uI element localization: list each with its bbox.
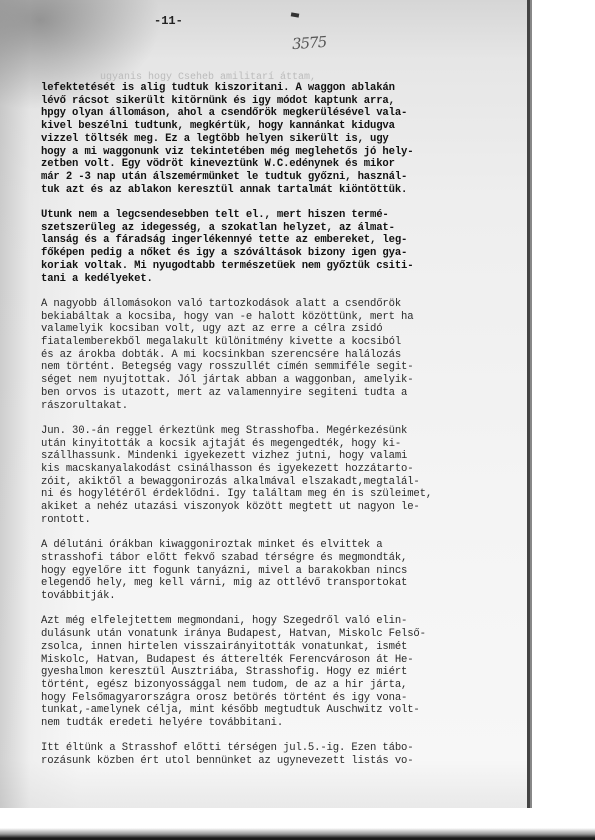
text-line: lévő rácsot sikerült kitörnünk és igy mó… <box>41 95 511 108</box>
text-line: rászorultakat. <box>41 400 511 413</box>
text-line: Azt még elfelejtettem megmondani, hogy S… <box>41 615 511 628</box>
text-line: nem történt. Betegség vagy rosszullét cí… <box>41 361 511 374</box>
text-line: történt, egész bizonyossággal nem tudom,… <box>41 679 511 692</box>
paragraph: Azt még elfelejtettem megmondani, hogy S… <box>41 615 511 729</box>
text-line: hogy egyelőre itt fogunk tanyázni, mivel… <box>41 565 511 578</box>
text-line: rontott. <box>41 514 511 527</box>
text-line: strasshofi tábor előtt fekvő szabad térs… <box>41 552 511 565</box>
text-line: ni és hogylétéről érdeklődni. Igy talált… <box>41 488 511 501</box>
text-line: bekiabáltak a kocsiba, hogy van -e halot… <box>41 311 511 324</box>
text-line: ben orvos is utazott, mert az valamennyi… <box>41 387 511 400</box>
paragraph: Jun. 30.-án reggel érkeztünk meg Strassh… <box>41 425 511 527</box>
paragraph: Utunk nem a legcsendesebben telt el., me… <box>41 209 511 285</box>
text-line: zetben volt. Egy vödröt kineveztünk W.C.… <box>41 158 511 171</box>
ink-mark <box>291 12 300 17</box>
text-line: valamelyik kocsiban volt, ugy azt az err… <box>41 323 511 336</box>
text-line: lanság és a fáradság ingerlékennyé tette… <box>41 234 511 247</box>
text-line: tunkat,-amelynek célja, mint később megt… <box>41 704 511 717</box>
text-line: már 2 -3 nap után álszemérmünket le tudt… <box>41 171 511 184</box>
scanned-page: -11- 3575 ugyanis hogy Cseheb amilitarí … <box>0 0 530 808</box>
text-line: lefektetését is alig tudtuk kiszoritani.… <box>41 82 511 95</box>
text-line: szetszerüleg az idegesség, a szokatlan h… <box>41 222 511 235</box>
text-line: szállhassunk. Mindenki igyekezett vizhez… <box>41 450 511 463</box>
text-line: Utunk nem a legcsendesebben telt el., me… <box>41 209 511 222</box>
text-line: főképen pedig a nőket és igy a szóváltás… <box>41 247 511 260</box>
text-line: után kinyitották a kocsik ajtaját és meg… <box>41 438 511 451</box>
text-line: fiatalemberekből megalakult különitmény … <box>41 336 511 349</box>
text-line: vizzel töltsék meg. Ez a legtöbb helyen … <box>41 133 511 146</box>
text-line: elegendő hely, meg kell várni, mig az ot… <box>41 577 511 590</box>
paragraph: A nagyobb állomásokon való tartozkodások… <box>41 298 511 412</box>
text-line: Miskolc, Hatvan, Budapest és átterelték … <box>41 654 511 667</box>
paragraph: A délutáni órákban kiwaggoniroztak minke… <box>41 539 511 603</box>
text-line: A nagyobb állomásokon való tartozkodások… <box>41 298 511 311</box>
scanner-bottom-edge <box>0 828 595 840</box>
paragraph: lefektetését is alig tudtuk kiszoritani.… <box>41 82 511 196</box>
text-line: rozásunk közben ért utol bennünket az ug… <box>41 755 511 768</box>
paragraph: Itt éltünk a Strasshof előtti térségen j… <box>41 742 511 767</box>
text-line: nem tudták eredeti helyére továbbitani. <box>41 717 511 730</box>
typewritten-body: lefektetését is alig tudtuk kiszoritani.… <box>41 82 511 781</box>
page-number: -11- <box>154 14 183 28</box>
text-line: zsolca, innen hirtelen visszairányitottá… <box>41 641 511 654</box>
text-line: hogy Felsőmagyarországra orosz betörés t… <box>41 692 511 705</box>
text-line: akiket a nehéz utazási viszonyok között … <box>41 501 511 514</box>
text-line: kis macskanyalakodást csinálhasson és ig… <box>41 463 511 476</box>
text-line: dulásunk után vonatunk iránya Budapest, … <box>41 628 511 641</box>
text-line: és az árokba dobták. A mi kocsinkban sze… <box>41 349 511 362</box>
text-line: séget nem nyujtottak. Jól jártak abban a… <box>41 374 511 387</box>
text-line: A délutáni órákban kiwaggoniroztak minke… <box>41 539 511 552</box>
text-line: Itt éltünk a Strasshof előtti térségen j… <box>41 742 511 755</box>
text-line: tani a kedélyeket. <box>41 273 511 286</box>
text-line: kivel beszélni tudtunk, megkértük, hogy … <box>41 120 511 133</box>
text-line: hogy a mi waggonunk viz tekintetében még… <box>41 146 511 159</box>
text-line: hpgy olyan állomáson, ahol a csendőrök m… <box>41 107 511 120</box>
text-line: tuk azt és az ablakon keresztül annak ta… <box>41 184 511 197</box>
text-line: koriak voltak. Mi nyugodtabb természetüe… <box>41 260 511 273</box>
text-line: továbbitják. <box>41 590 511 603</box>
text-line: zóit, akiktől a bewaggonirozás alkalmáva… <box>41 476 511 489</box>
text-line: gyeshalmon keresztül Ausztriába, Strassh… <box>41 666 511 679</box>
text-line: Jun. 30.-án reggel érkeztünk meg Strassh… <box>41 425 511 438</box>
handwritten-archive-number: 3575 <box>291 33 326 53</box>
